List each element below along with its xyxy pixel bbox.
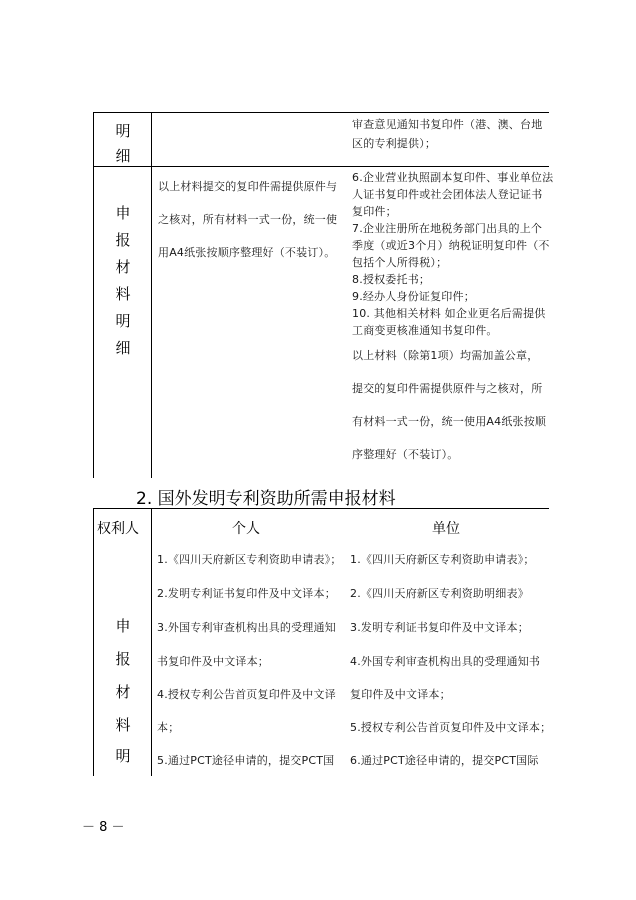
unit-item-line: 3.发明专利证书复印件及中文译本； xyxy=(350,619,529,635)
table1-row-divider xyxy=(93,166,549,167)
row-label-char: 报 xyxy=(94,648,152,669)
cell-text-line: 9.经办人身份证复印件； xyxy=(352,288,475,304)
cell-text-line: 7.企业注册所在地税务部门出具的上个 xyxy=(352,220,542,236)
note-text-line: 序整理好（不装订）。 xyxy=(352,446,459,462)
header-unit: 单位 xyxy=(432,518,460,538)
unit-item-line: 1.《四川天府新区专利资助申请表》； xyxy=(350,551,535,567)
unit-item-line: 2.《四川天府新区专利资助明细表》 xyxy=(350,585,529,601)
table2-left-border xyxy=(93,508,94,776)
row-label-char: 细 xyxy=(94,337,152,358)
cell-text-line: 人证书复印件或社会团体法人登记证书 xyxy=(352,186,542,202)
unit-item-line: 6.通过PCT途径申请的，提交PCT国际 xyxy=(350,752,539,768)
note-text-line: 有材料一式一份，统一使用A4纸张按顺 xyxy=(352,413,546,429)
unit-item-line: 4.外国专利审查机构出具的受理通知书 xyxy=(350,653,540,669)
row-label-char: 申 xyxy=(94,615,152,636)
row-label-char: 料 xyxy=(94,283,152,304)
unit-item-line: 复印件及中文译本； xyxy=(350,686,451,702)
personal-item-line: 2.发明专利证书复印件及中文译本； xyxy=(157,585,336,601)
cell-text-line: 用A4纸张按顺序整理好（不装订）。 xyxy=(158,244,335,260)
note-text-line: 以上材料（除第1项）均需加盖公章， xyxy=(352,347,538,363)
personal-item-line: 书复印件及中文译本； xyxy=(157,653,269,669)
section-heading: 2. 国外发明专利资助所需申报材料 xyxy=(136,484,396,509)
personal-item-line: 本； xyxy=(157,719,179,735)
row-label-char: 料 xyxy=(94,714,152,735)
cell-text-line: 以上材料提交的复印件需提供原件与 xyxy=(158,178,337,194)
personal-item-line: 4.授权专利公告首页复印件及中文译 xyxy=(157,686,336,702)
row-label-char: 明 xyxy=(94,310,152,331)
cell-text-line: 区的专利提供）； xyxy=(352,135,436,151)
note-text-line: 提交的复印件需提供原件与之核对，所 xyxy=(352,380,542,396)
row-label-char: 材 xyxy=(94,681,152,702)
row-label-char: 申 xyxy=(94,202,152,223)
personal-item-line: 1.《四川天府新区专利资助申请表》； xyxy=(157,551,342,567)
cell-text-line: 复印件； xyxy=(352,203,397,219)
cell-text-line: 8.授权委托书； xyxy=(352,271,430,287)
table1-top-border xyxy=(93,112,549,113)
cell-text-line: 季度（或近3个月）纳税证明复印件（不 xyxy=(352,237,550,253)
cell-text-line: 之核对，所有材料一式一份，统一使 xyxy=(158,211,337,227)
table2-col-divider xyxy=(151,508,152,776)
table2-top-border xyxy=(93,508,549,509)
header-rights-holder: 权利人 xyxy=(97,518,139,538)
cell-text-line: 6.企业营业执照副本复印件、事业单位法 xyxy=(352,169,553,185)
row-label-char: 材 xyxy=(94,256,152,277)
cell-text-line: 工商变更核准通知书复印件。 xyxy=(352,322,498,338)
personal-item-line: 3.外国专利审查机构出具的受理通知 xyxy=(157,619,336,635)
cell-text-line: 包括个人所得税）； xyxy=(352,254,447,270)
row-label-char: 细 xyxy=(94,145,152,166)
row-label-char: 明 xyxy=(94,745,152,766)
header-individual: 个人 xyxy=(232,518,260,538)
row-label-char: 明 xyxy=(94,120,152,141)
page-number: － 8 － xyxy=(82,816,125,835)
personal-item-line: 5.通过PCT途径申请的，提交PCT国 xyxy=(157,752,334,768)
unit-item-line: 5.授权专利公告首页复印件及中文译本； xyxy=(350,719,551,735)
cell-text-line: 10. 其他相关材料 如企业更名后需提供 xyxy=(352,305,546,321)
row-label-char: 报 xyxy=(94,229,152,250)
cell-text-line: 审查意见通知书复印件（港、澳、台地 xyxy=(352,116,542,132)
